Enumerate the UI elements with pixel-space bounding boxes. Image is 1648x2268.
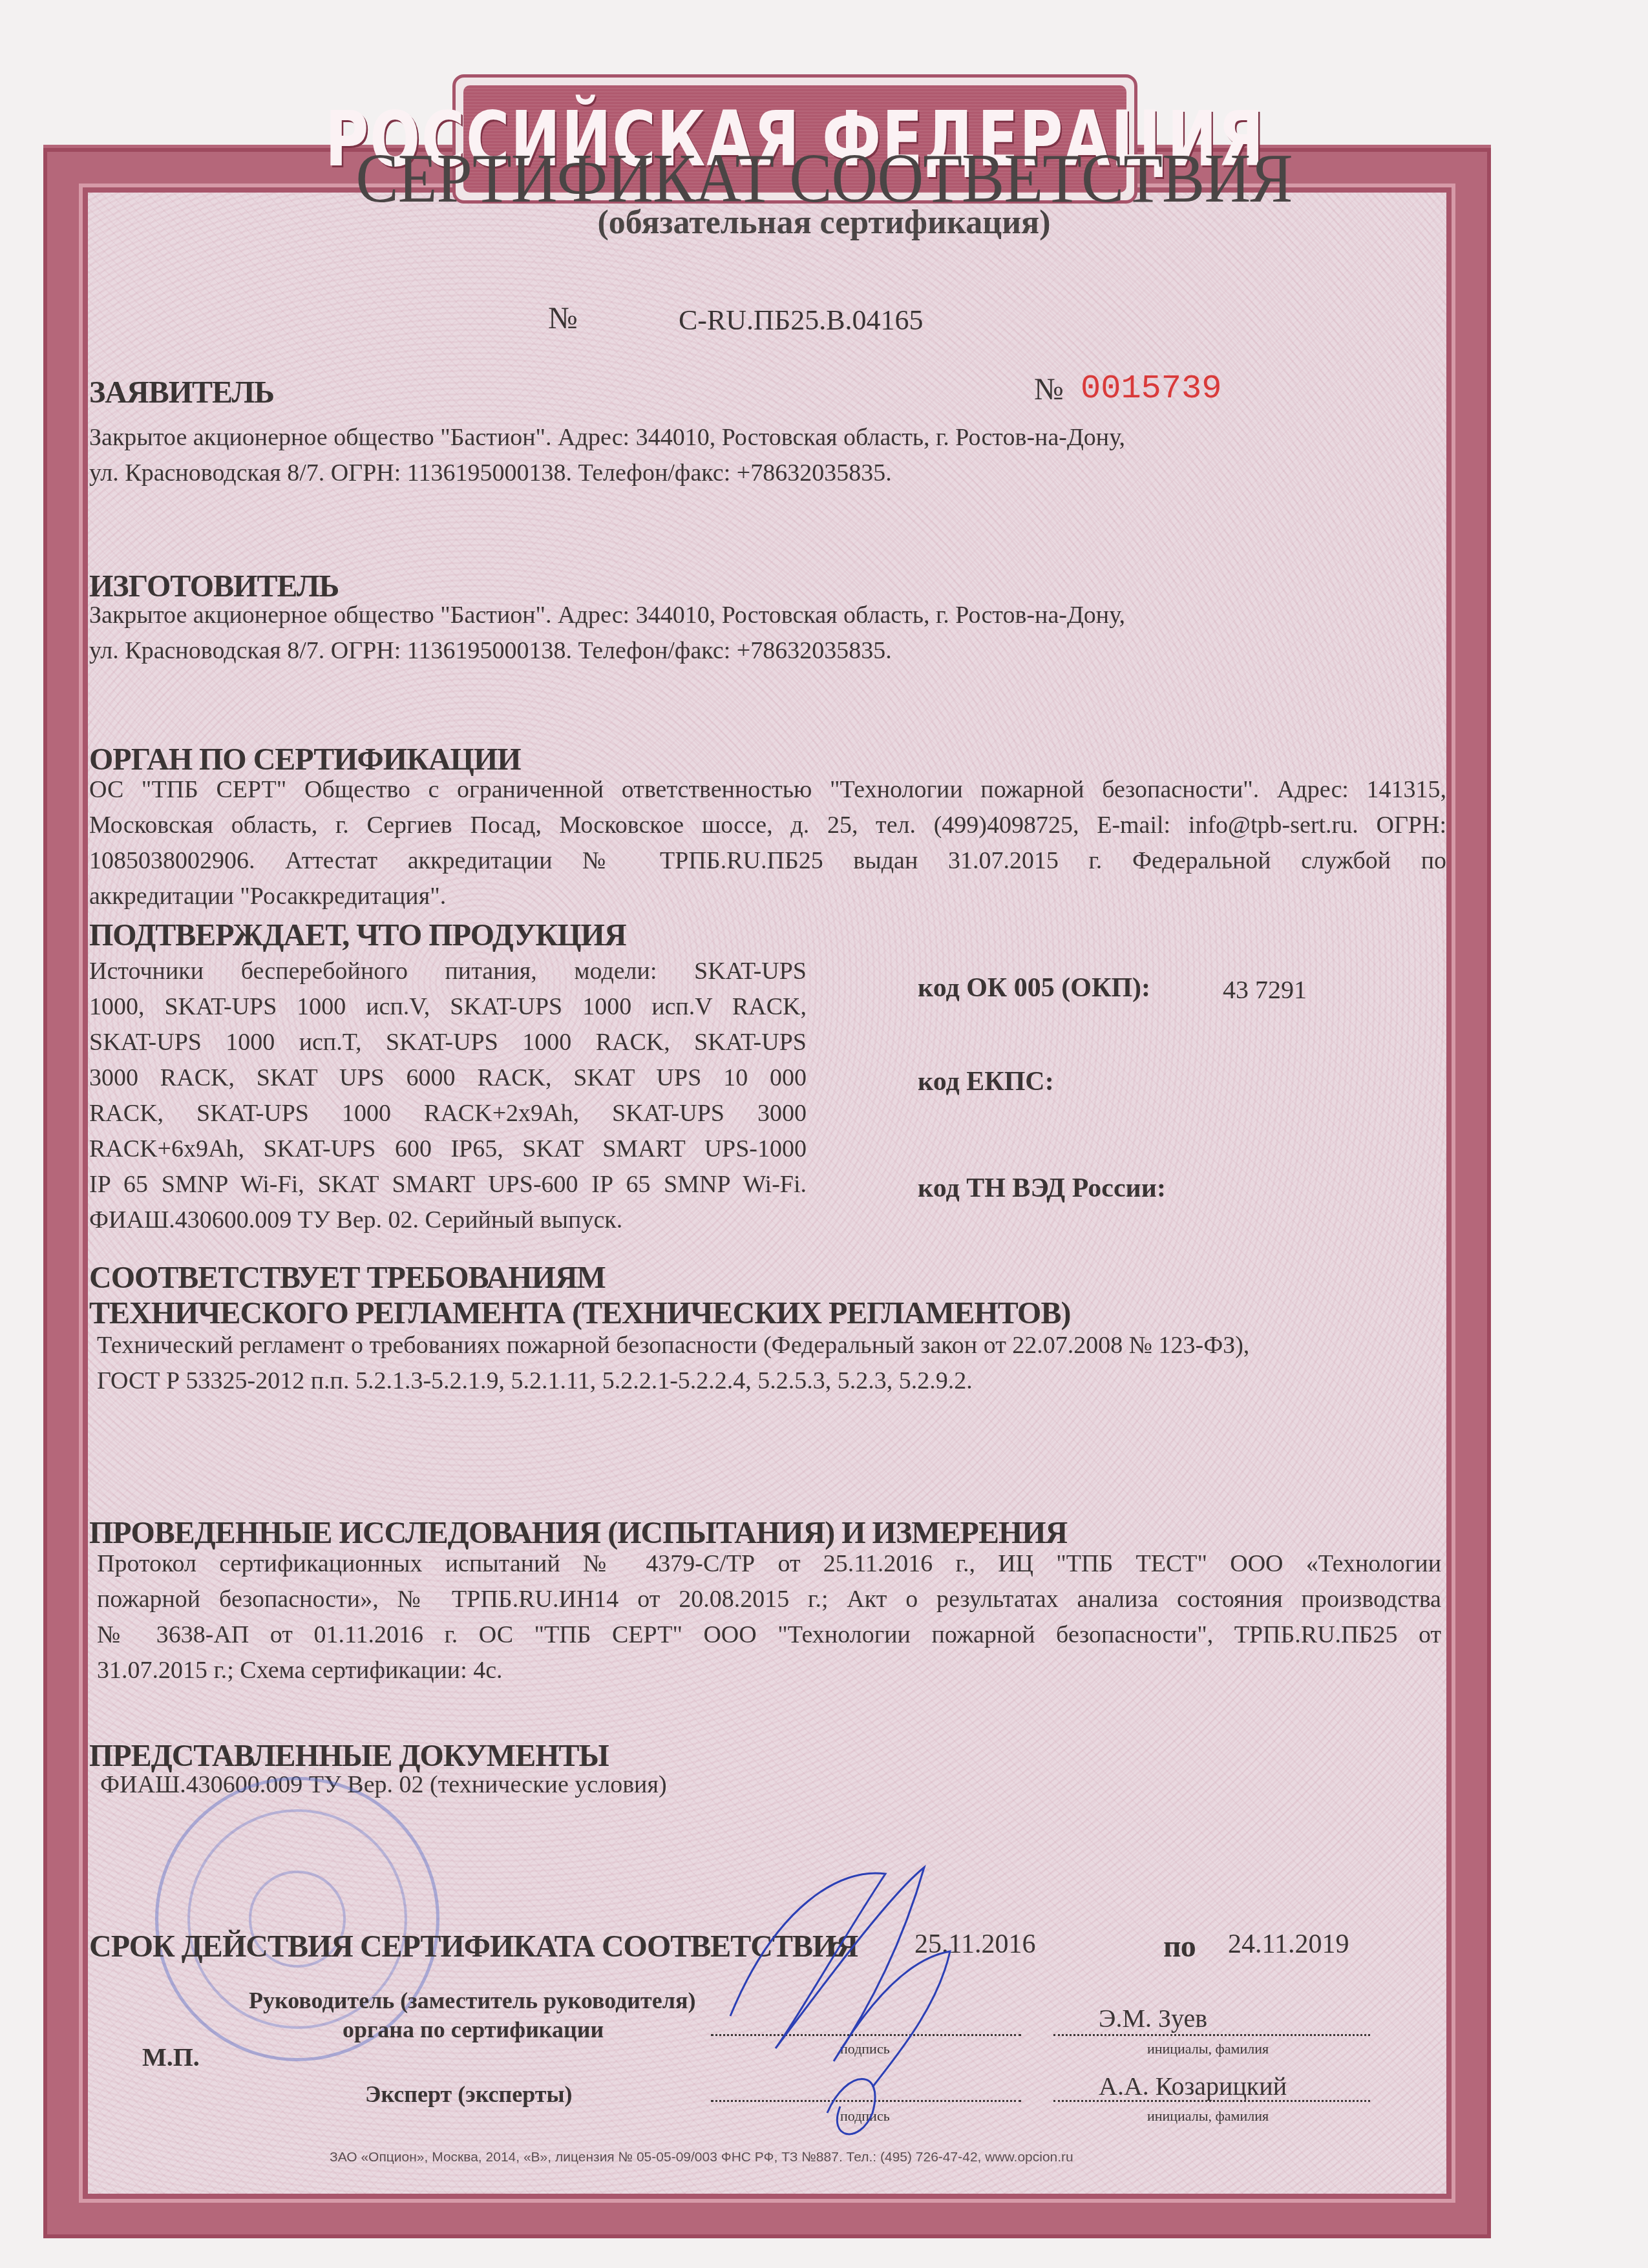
text-line: ФИАШ.430600.009 ТУ Вер. 02. Серийный вып… xyxy=(89,1202,807,1238)
text-line: аккредитации "Росаккредитация". xyxy=(89,879,1446,914)
blank-number-label: № xyxy=(1034,372,1064,407)
text-line: SKAT-UPS 1000 исп.T, SKAT-UPS 1000 RACK,… xyxy=(89,1025,807,1060)
document-subtitle: (обязательная сертификация) xyxy=(0,204,1648,242)
expert-name-line xyxy=(1053,2100,1370,2102)
text-line: ул. Красноводская 8/7. ОГРН: 11361950001… xyxy=(89,633,1446,669)
text-line: ГОСТ Р 53325-2012 п.п. 5.2.1.3-5.2.1.9, … xyxy=(97,1363,1454,1399)
regulations-heading: ТЕХНИЧЕСКОГО РЕГЛАМЕНТА (ТЕХНИЧЕСКИХ РЕГ… xyxy=(89,1296,1070,1331)
manufacturer-text: Закрытое акционерное общество "Бастион".… xyxy=(89,598,1446,669)
cert-body-text: ОС "ТПБ СЕРТ" Общество с ограниченной от… xyxy=(89,772,1446,914)
text-line: Технический регламент о требованиях пожа… xyxy=(97,1328,1454,1363)
text-line: ОС "ТПБ СЕРТ" Общество с ограниченной от… xyxy=(89,772,1446,808)
text-line: Московская область, г. Сергиев Посад, Мо… xyxy=(89,808,1446,843)
validity-to-label: по xyxy=(1163,1929,1196,1964)
text-line: Закрытое акционерное общество "Бастион".… xyxy=(89,598,1446,633)
text-line: 31.07.2015 г.; Схема сертификации: 4с. xyxy=(97,1653,1441,1688)
name-caption: инициалы, фамилия xyxy=(1147,2108,1269,2125)
text-line: 3000 RACK, SKAT UPS 6000 RACK, SKAT UPS … xyxy=(89,1060,807,1096)
text-line: Источники бесперебойного питания, модели… xyxy=(89,954,807,989)
text-line: 1000, SKAT-UPS 1000 исп.V, SKAT-UPS 1000… xyxy=(89,989,807,1025)
validity-to-date: 24.11.2019 xyxy=(1228,1929,1349,1960)
text-line: 1085038002906. Аттестат аккредитации № Т… xyxy=(89,843,1446,879)
okp-code-label: код ОК 005 (ОКП): xyxy=(918,972,1150,1003)
text-line: IP 65 SMNP Wi-Fi, SKAT SMART UPS-600 IP … xyxy=(89,1167,807,1202)
blank-number: 0015739 xyxy=(1081,370,1221,408)
text-line: RACK+6x9Ah, SKAT-UPS 600 IP65, SKAT SMAR… xyxy=(89,1131,807,1167)
signature-ink xyxy=(679,1854,1066,2152)
ekps-code-label: код ЕКПС: xyxy=(918,1066,1054,1097)
cert-number: C-RU.ПБ25.В.04165 xyxy=(679,304,924,337)
name-caption: инициалы, фамилия xyxy=(1147,2041,1269,2057)
text-line: RACK, SKAT-UPS 1000 RACK+2x9Ah, SKAT-UPS… xyxy=(89,1096,807,1131)
text-line: Закрытое акционерное общество "Бастион".… xyxy=(89,420,1446,456)
head-label-1: Руководитель (заместитель руководителя) xyxy=(249,1987,695,2014)
okp-code-value: 43 7291 xyxy=(1223,974,1307,1005)
expert-label: Эксперт (эксперты) xyxy=(365,2081,573,2108)
cert-number-label: № xyxy=(548,300,578,336)
requirements-text: Технический регламент о требованиях пожа… xyxy=(97,1328,1454,1399)
head-name: Э.М. Зуев xyxy=(1099,2003,1207,2033)
printer-info: ЗАО «Опцион», Москва, 2014, «В», лицензи… xyxy=(330,2150,1073,2165)
text-line: № 3638-АП от 01.11.2016 г. ОС "ТПБ СЕРТ"… xyxy=(97,1617,1441,1653)
head-name-line xyxy=(1053,2034,1370,2036)
applicant-heading: ЗАЯВИТЕЛЬ xyxy=(89,375,274,410)
text-line: Протокол сертификационных испытаний № 43… xyxy=(97,1546,1441,1582)
head-label-2: органа по сертификации xyxy=(343,2016,604,2043)
product-heading: ПОДТВЕРЖДАЕТ, ЧТО ПРОДУКЦИЯ xyxy=(89,918,626,953)
product-text: Источники бесперебойного питания, модели… xyxy=(89,954,807,1238)
tests-heading: ПРОВЕДЕННЫЕ ИССЛЕДОВАНИЯ (ИСПЫТАНИЯ) И И… xyxy=(89,1515,1067,1551)
seal-label: М.П. xyxy=(142,2042,200,2072)
requirements-heading: СООТВЕТСТВУЕТ ТРЕБОВАНИЯМ xyxy=(89,1260,606,1296)
tnved-code-label: код ТН ВЭД России: xyxy=(918,1173,1166,1204)
tests-text: Протокол сертификационных испытаний № 43… xyxy=(97,1546,1441,1688)
text-line: пожарной безопасности», № ТРПБ.RU.ИН14 о… xyxy=(97,1582,1441,1617)
documents-text: ФИАШ.430600.009 ТУ Вер. 02 (технические … xyxy=(100,1767,667,1803)
expert-name: А.А. Козарицкий xyxy=(1099,2071,1287,2101)
text-line: ул. Красноводская 8/7. ОГРН: 11361950001… xyxy=(89,456,1446,491)
applicant-text: Закрытое акционерное общество "Бастион".… xyxy=(89,420,1446,491)
